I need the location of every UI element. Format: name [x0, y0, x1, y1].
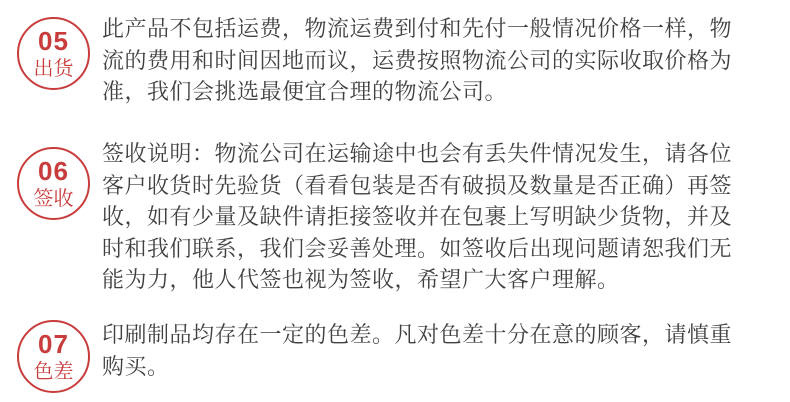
- badge-number: 07: [38, 331, 69, 357]
- text-line: 购买。: [102, 351, 782, 383]
- section-text: 签收说明：物流公司在运输途中也会有丢失件情况发生，请各位 客户收货时先验货（看看…: [102, 138, 782, 296]
- text-line: 印刷制品均存在一定的色差。凡对色差十分在意的顾客，请慎重: [102, 319, 782, 351]
- badge-number: 05: [38, 28, 69, 54]
- text-line: 收，如有少量及缺件请拒接签收并在包裹上写明缺少货物，并及: [102, 201, 782, 233]
- text-line: 签收说明：物流公司在运输途中也会有丢失件情况发生，请各位: [102, 138, 782, 170]
- section-text: 印刷制品均存在一定的色差。凡对色差十分在意的顾客，请慎重 购买。: [102, 319, 782, 382]
- product-notice-page: 05 出货 此产品不包括运费，物流运费到付和先付一般情况价格一样，物 流的费用和…: [0, 0, 790, 402]
- step-badge-shipping: 05 出货: [17, 17, 90, 90]
- text-line: 此产品不包括运费，物流运费到付和先付一般情况价格一样，物: [102, 13, 782, 45]
- step-badge-sign-receipt: 06 签收: [17, 147, 90, 220]
- badge-label: 签收: [34, 188, 74, 210]
- text-line: 准，我们会挑选最便宜合理的物流公司。: [102, 76, 782, 108]
- step-badge-color-difference: 07 色差: [17, 320, 90, 393]
- badge-label: 色差: [34, 361, 74, 383]
- badge-label: 出货: [34, 58, 74, 80]
- section-text: 此产品不包括运费，物流运费到付和先付一般情况价格一样，物 流的费用和时间因地而议…: [102, 13, 782, 108]
- text-line: 流的费用和时间因地而议，运费按照物流公司的实际收取价格为: [102, 45, 782, 77]
- badge-number: 06: [38, 158, 69, 184]
- text-line: 客户收货时先验货（看看包装是否有破损及数量是否正确）再签: [102, 170, 782, 202]
- text-line: 时和我们联系，我们会妥善处理。如签收后出现问题请恕我们无: [102, 233, 782, 265]
- text-line: 能为力，他人代签也视为签收，希望广大客户理解。: [102, 264, 782, 296]
